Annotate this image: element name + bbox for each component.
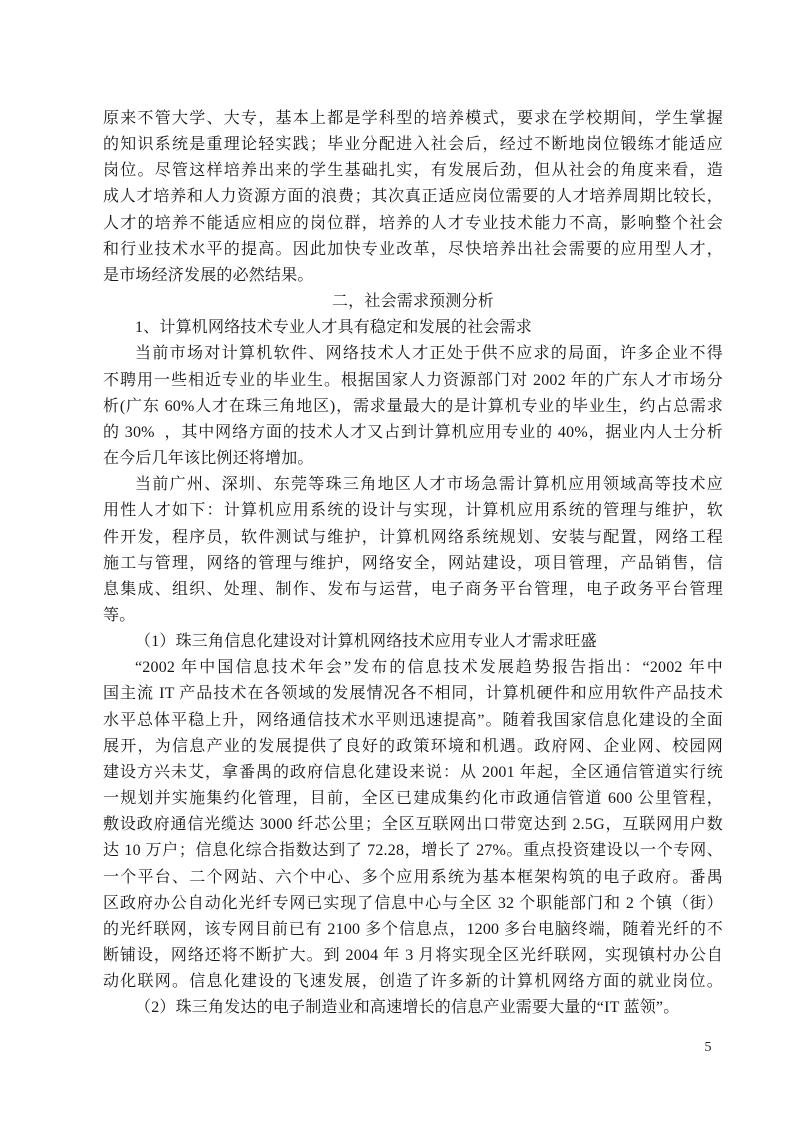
- text-line: 动化联网。信息化建设的飞速发展，创造了许多新的计算机网络方面的就业岗位。: [103, 969, 723, 995]
- text-line: 等。: [103, 603, 723, 629]
- text-line: 当前市场对计算机软件、网络技术人才正处于供不应求的局面，许多企业不得: [103, 341, 723, 367]
- text-line: 国主流 IT 产品技术在各领域的发展情况各不相同，计算机硬件和应用软件产品技术: [103, 681, 723, 707]
- text-line: 析(广东 60%人才在珠三角地区)，需求量最大的是计算机专业的毕业生，约占总需求: [103, 394, 723, 420]
- text-line: 水平总体平稳上升，网络通信技术水平则迅速提高”。随着我国家信息化建设的全面: [103, 708, 723, 734]
- subheading-line: （1）珠三角信息化建设对计算机网络技术应用专业人才需求旺盛: [103, 629, 723, 655]
- text-line: 一个平台、二个网站、六个中心、多个应用系统为基本框架构筑的电子政府。番禺: [103, 865, 723, 891]
- text-line: 在今后几年该比例还将增加。: [103, 446, 723, 472]
- page-number: 5: [699, 1039, 717, 1057]
- text-line: 断铺设，网络还将不断扩大。到 2004 年 3 月将实现全区光纤联网，实现镇村办…: [103, 943, 723, 969]
- subheading-line: 1、计算机网络技术专业人才具有稳定和发展的社会需求: [103, 315, 723, 341]
- text-line: 成人才培养和人力资源方面的浪费；其次真正适应岗位需要的人才培养周期比较长，: [103, 184, 723, 210]
- text-line: 件开发，程序员，软件测试与维护，计算机网络系统规划、安装与配置，网络工程: [103, 525, 723, 551]
- text-line: 不聘用一些相近专业的毕业生。根据国家人力资源部门对 2002 年的广东人才市场分: [103, 368, 723, 394]
- text-line: 敷设政府通信光缆达 3000 纤芯公里；全区互联网出口带宽达到 2.5G，互联网…: [103, 812, 723, 838]
- text-line: 是市场经济发展的必然结果。: [103, 263, 723, 289]
- text-line: 人才的培养不能适应相应的岗位群，培养的人才专业技术能力不高，影响整个社会: [103, 211, 723, 237]
- text-line: 一规划并实施集约化管理，目前，全区已建成集约化市政通信管道 600 公里管程，: [103, 786, 723, 812]
- text-line: 达 10 万户；信息化综合指数达到了 72.28，增长了 27%。重点投资建设以…: [103, 838, 723, 864]
- text-line: 区政府办公自动化光纤专网已实现了信息中心与全区 32 个职能部门和 2 个镇（街…: [103, 891, 723, 917]
- text-line: 展开，为信息产业的发展提供了良好的政策环境和机遇。政府网、企业网、校园网: [103, 734, 723, 760]
- heading-line: 二，社会需求预测分析: [103, 289, 723, 315]
- text-line: 的 30% ，其中网络方面的技术人才又占到计算机应用专业的 40%，据业内人士分…: [103, 420, 723, 446]
- text-line: 和行业技术水平的提高。因此加快专业改革，尽快培养出社会需要的应用型人才，: [103, 237, 723, 263]
- text-line: 息集成、组织、处理、制作、发布与运营，电子商务平台管理，电子政务平台管理: [103, 577, 723, 603]
- text-line: “2002 年中国信息技术年会”发布的信息技术发展趋势报告指出：“2002 年中: [103, 655, 723, 681]
- text-line: 当前广州、深圳、东莞等珠三角地区人才市场急需计算机应用领域高等技术应: [103, 472, 723, 498]
- text-line: 岗位。尽管这样培养出来的学生基础扎实，有发展后劲，但从社会的角度来看，造: [103, 158, 723, 184]
- text-line: 原来不管大学、大专，基本上都是学科型的培养模式，要求在学校期间，学生掌握: [103, 106, 723, 132]
- text-line: 施工与管理，网络的管理与维护，网络安全，网站建设，项目管理，产品销售，信: [103, 551, 723, 577]
- body-text: 原来不管大学、大专，基本上都是学科型的培养模式，要求在学校期间，学生掌握的知识系…: [103, 106, 723, 1021]
- text-line: 用性人才如下：计算机应用系统的设计与实现，计算机应用系统的管理与维护，软: [103, 498, 723, 524]
- text-line: 建设方兴未艾，拿番禺的政府信息化建设来说：从 2001 年起，全区通信管道实行统: [103, 760, 723, 786]
- subheading-line: （2）珠三角发达的电子制造业和高速增长的信息产业需要大量的“IT 蓝领”。: [103, 995, 723, 1021]
- text-line: 的光纤联网，该专网目前已有 2100 多个信息点，1200 多台电脑终端，随着光…: [103, 917, 723, 943]
- text-line: 的知识系统是重理论轻实践；毕业分配进入社会后，经过不断地岗位锻练才能适应: [103, 132, 723, 158]
- document-page: 原来不管大学、大专，基本上都是学科型的培养模式，要求在学校期间，学生掌握的知识系…: [0, 0, 793, 1122]
